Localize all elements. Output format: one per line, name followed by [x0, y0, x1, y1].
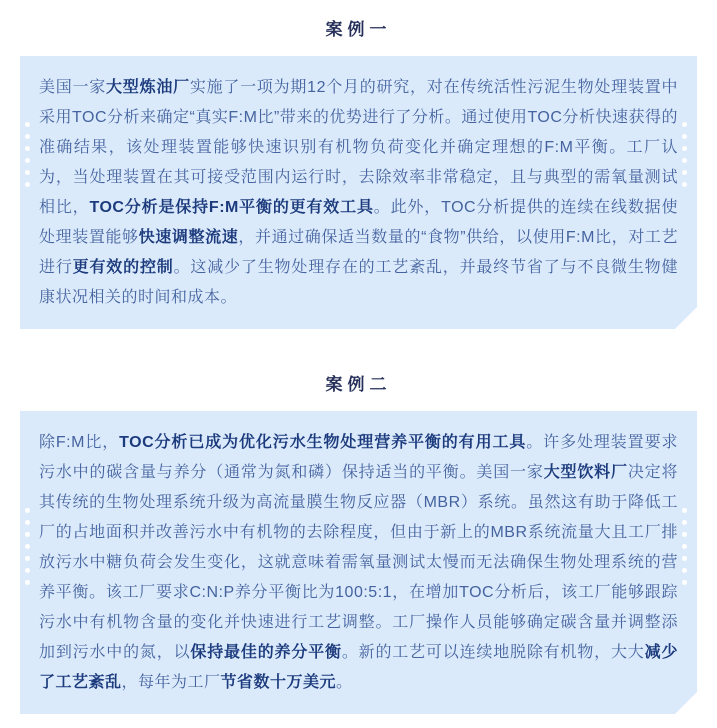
emphasized-text: 节省数十万美元 — [221, 674, 337, 691]
bubble-dot — [682, 580, 687, 585]
bubble-dot — [682, 158, 687, 163]
bubble-dot — [25, 158, 30, 163]
bubble-dot — [682, 122, 687, 127]
case1-title: 案例一 — [0, 15, 717, 40]
bubble-dot — [25, 568, 30, 573]
bubble-dots-right — [682, 122, 687, 187]
bubble-dot — [25, 170, 30, 175]
bubble-dot — [25, 182, 30, 187]
emphasized-text: 大型炼油厂 — [106, 79, 190, 96]
bubble-dots-right — [682, 508, 687, 585]
case1-paragraph: 美国一家大型炼油厂实施了一项为期12个月的研究，对在传统活性污泥生物处理装置中采… — [39, 73, 678, 313]
bubble-dot — [25, 122, 30, 127]
emphasized-text: 更有效的控制 — [73, 259, 174, 276]
bubble-dot — [682, 544, 687, 549]
case2-card: 除F:M比，TOC分析已成为优化污水生物处理营养平衡的有用工具。许多处理装置要求… — [20, 411, 697, 714]
bubble-dot — [25, 146, 30, 151]
bubble-dot — [25, 520, 30, 525]
bubble-dot — [25, 556, 30, 561]
bubble-dot — [25, 134, 30, 139]
emphasized-text: 保持最佳的养分平衡 — [190, 644, 341, 661]
body-text: 除F:M比， — [39, 434, 119, 451]
bubble-dot — [682, 182, 687, 187]
bubble-dot — [682, 508, 687, 513]
body-text: 美国一家 — [39, 79, 106, 96]
body-text: ，每年为工厂 — [122, 674, 221, 691]
bubble-dot — [682, 134, 687, 139]
bubble-dot — [682, 532, 687, 537]
emphasized-text: TOC分析是保持F:M平衡的更有效工具 — [89, 199, 373, 216]
bubble-dot — [682, 146, 687, 151]
body-text: 。 — [336, 674, 353, 691]
case2-paragraph: 除F:M比，TOC分析已成为优化污水生物处理营养平衡的有用工具。许多处理装置要求… — [39, 428, 678, 698]
bubble-dots-left — [25, 508, 30, 585]
bubble-dot — [682, 170, 687, 175]
body-text: 。新的工艺可以连续地脱除有机物，大大 — [342, 644, 645, 661]
emphasized-text: TOC分析已成为优化污水生物处理营养平衡的有用工具 — [119, 434, 526, 451]
bubble-dot — [682, 568, 687, 573]
bubble-dots-left — [25, 122, 30, 187]
bubble-dot — [25, 580, 30, 585]
case2-title: 案例二 — [0, 370, 717, 395]
case1-card: 美国一家大型炼油厂实施了一项为期12个月的研究，对在传统活性污泥生物处理装置中采… — [20, 56, 697, 329]
bubble-dot — [682, 520, 687, 525]
bubble-dot — [25, 544, 30, 549]
emphasized-text: 快速调整流速 — [139, 229, 239, 246]
bubble-dot — [25, 532, 30, 537]
bubble-dot — [682, 556, 687, 561]
emphasized-text: 大型饮料厂 — [544, 464, 628, 481]
body-text: 决定将其传统的生物处理系统升级为高流量膜生物反应器（MBR）系统。虽然这有助于降… — [39, 464, 678, 661]
body-text: 实施了一项为期12个月的研究，对在传统活性污泥生物处理装置中采用TOC分析来确定… — [39, 79, 678, 216]
bubble-dot — [25, 508, 30, 513]
case-study-page: 案例一 美国一家大型炼油厂实施了一项为期12个月的研究，对在传统活性污泥生物处理… — [0, 0, 717, 714]
